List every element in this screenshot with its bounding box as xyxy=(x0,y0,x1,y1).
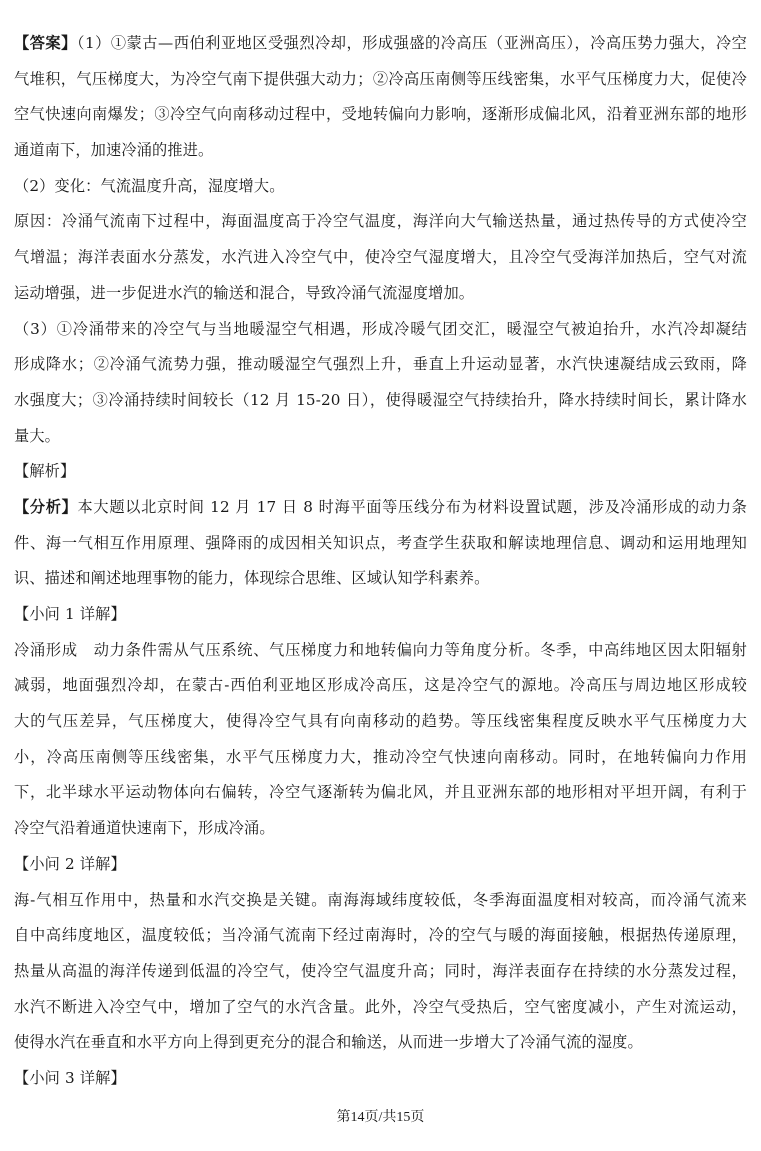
answer-q3-line-2: 形成降水；②冷涌气流势力强，推动暖湿空气强烈上升，垂直上升运动显著，水汽快速凝结… xyxy=(14,347,747,383)
detail-1-line-3: 大的气压差异，气压梯度大，使得冷空气具有向南移动的趋势。等压线密集程度反映水平气… xyxy=(14,704,747,740)
answer-q3-line-1: （3）①冷涌带来的冷空气与当地暖湿空气相遇，形成冷暖气团交汇，暖湿空气被迫抬升，… xyxy=(14,312,747,348)
detail-1-line-4: 小，冷高压南侧等压线密集，水平气压梯度力大，推动冷空气快速向南移动。同时，在地转… xyxy=(14,740,747,776)
detail-2-line-5: 使得水汽在垂直和水平方向上得到更充分的混合和输送，从而进一步增大了冷涌气流的湿度… xyxy=(14,1025,747,1061)
detail-2-line-3: 热量从高温的海洋传递到低温的冷空气，使冷空气温度升高；同时，海洋表面存在持续的水… xyxy=(14,954,747,990)
answer-q2-line-2: 原因：冷涌气流南下过程中，海面温度高于冷空气温度，海洋向大气输送热量，通过热传导… xyxy=(14,204,747,240)
answer-q1-line-4: 通道南下，加速冷涌的推进。 xyxy=(14,133,747,169)
detail-1-heading: 【小问 1 详解】 xyxy=(14,597,747,633)
answer-q2-line-1: （2）变化：气流温度升高，湿度增大。 xyxy=(14,169,747,205)
analysis-heading: 【解析】 xyxy=(14,454,747,490)
fenxi-line-1: 【分析】本大题以北京时间 12 月 17 日 8 时海平面等压线分布为材料设置试… xyxy=(14,490,747,526)
answer-q3-line-3: 水强度大；③冷涌持续时间较长（12 月 15-20 日），使得暖湿空气持续抬升，… xyxy=(14,383,747,419)
answer-q2-line-4: 运动增强，进一步促进水汽的输送和混合，导致冷涌气流湿度增加。 xyxy=(14,276,747,312)
answer-q1-line-2: 气堆积，气压梯度大，为冷空气南下提供强大动力；②冷高压南侧等压线密集，水平气压梯… xyxy=(14,62,747,98)
detail-3-heading: 【小问 3 详解】 xyxy=(14,1061,747,1097)
answer-q1-line-1: 【答案】（1）①蒙古—西伯利亚地区受强烈冷却，形成强盛的冷高压（亚洲高压），冷高… xyxy=(14,26,747,62)
detail-1-line-1: 冷涌形成 动力条件需从气压系统、气压梯度力和地转偏向力等角度分析。冬季，中高纬地… xyxy=(14,633,747,669)
answer-q1-line-3: 空气快速向南爆发；③冷空气向南移动过程中，受地转偏向力影响，逐渐形成偏北风，沿着… xyxy=(14,97,747,133)
page-number-footer: 第14页/共15页 xyxy=(0,1106,761,1126)
detail-1-line-6: 冷空气沿着通道快速南下，形成冷涌。 xyxy=(14,811,747,847)
document-page: 【答案】（1）①蒙古—西伯利亚地区受强烈冷却，形成强盛的冷高压（亚洲高压），冷高… xyxy=(14,26,747,1097)
fenxi-label: 【分析】 xyxy=(14,498,78,516)
detail-2-heading: 【小问 2 详解】 xyxy=(14,847,747,883)
fenxi-line-2: 件、海一气相互作用原理、强降雨的成因相关知识点，考查学生获取和解读地理信息、调动… xyxy=(14,526,747,562)
answer-label: 【答案】 xyxy=(14,34,77,52)
detail-2-line-1: 海-气相互作用中，热量和水汽交换是关键。南海海域纬度较低，冬季海面温度相对较高，… xyxy=(14,883,747,919)
answer-q2-line-3: 气增温；海洋表面水分蒸发，水汽进入冷空气中，使冷空气湿度增大，且冷空气受海洋加热… xyxy=(14,240,747,276)
answer-q3-line-4: 量大。 xyxy=(14,419,747,455)
detail-2-line-4: 水汽不断进入冷空气中，增加了空气的水汽含量。此外，冷空气受热后，空气密度减小，产… xyxy=(14,990,747,1026)
fenxi-line-3: 识、描述和阐述地理事物的能力，体现综合思维、区域认知学科素养。 xyxy=(14,561,747,597)
detail-2-line-2: 自中高纬度地区，温度较低；当冷涌气流南下经过南海时，冷的空气与暖的海面接触，根据… xyxy=(14,918,747,954)
detail-1-line-2: 减弱，地面强烈冷却，在蒙古-西伯利亚地区形成冷高压，这是冷空气的源地。冷高压与周… xyxy=(14,668,747,704)
detail-1-line-5: 下，北半球水平运动物体向右偏转，冷空气逐渐转为偏北风，并且亚洲东部的地形相对平坦… xyxy=(14,775,747,811)
